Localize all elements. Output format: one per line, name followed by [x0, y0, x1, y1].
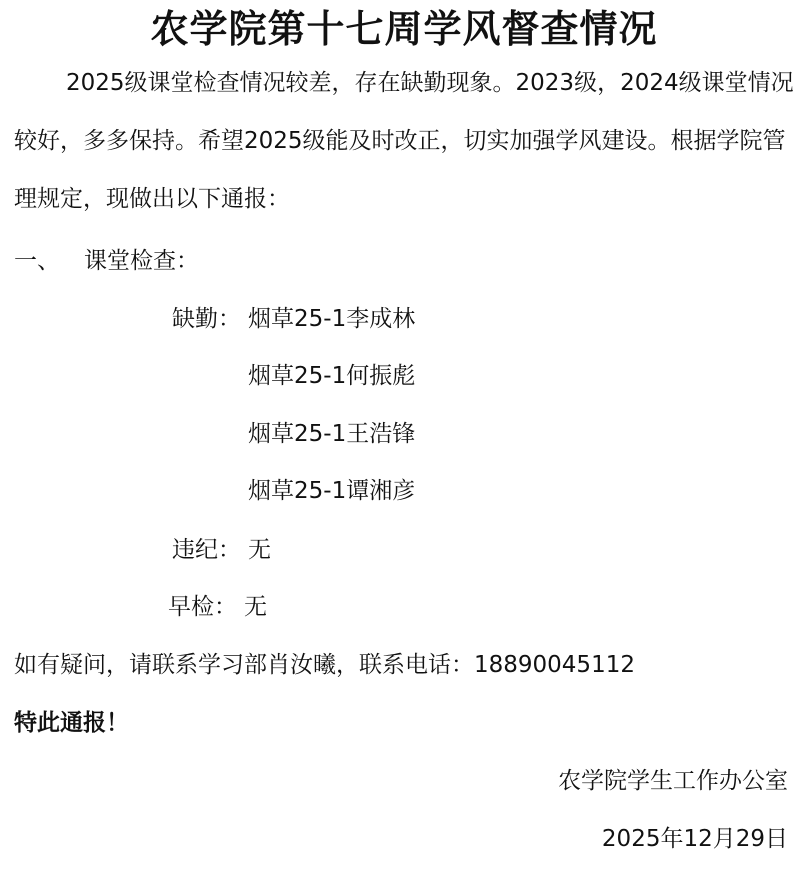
absence-label: 缺勤：	[172, 304, 241, 334]
contact-line: 如有疑问，请联系学习部肖汝曦，联系电话：18890045112	[14, 650, 635, 680]
morning-check-label: 早检：	[168, 592, 237, 622]
document-title: 农学院第十七周学风督查情况	[0, 4, 808, 54]
absence-item: 烟草25-1李成林	[248, 304, 415, 334]
intro-text: 2025级课堂检查情况较差，存在缺勤现象。2023级，2024级课堂情况较好，多…	[14, 70, 794, 212]
absence-item: 烟草25-1谭湘彦	[248, 476, 415, 506]
absence-item: 烟草25-1何振彪	[248, 361, 415, 391]
signature-date: 2025年12月29日	[602, 824, 788, 854]
closing-statement: 特此通报！	[14, 708, 129, 738]
section-heading: 课堂检查：	[84, 246, 199, 276]
discipline-label: 违纪：	[172, 535, 241, 565]
discipline-value: 无	[248, 535, 271, 565]
intro-paragraph: 2025级课堂检查情况较差，存在缺勤现象。2023级，2024级课堂情况较好，多…	[14, 54, 794, 228]
absence-item: 烟草25-1王浩锋	[248, 419, 415, 449]
section-number: 一、	[14, 246, 60, 276]
morning-check-value: 无	[244, 592, 267, 622]
signature-office: 农学院学生工作办公室	[558, 766, 788, 796]
